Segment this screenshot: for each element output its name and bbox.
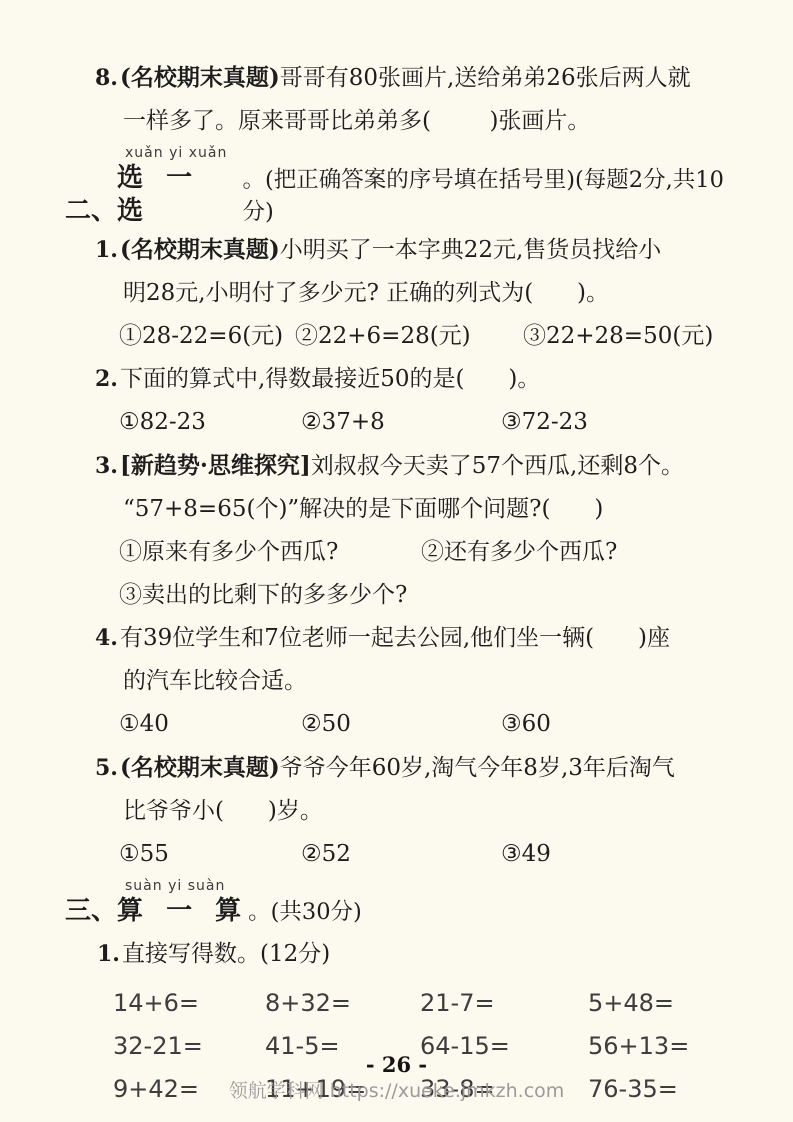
question-tag: (名校期末真题)	[120, 64, 280, 91]
option-1: ①28-22=6(元)	[119, 315, 295, 358]
question-text: 刘叔叔今天卖了57个西瓜,还剩8个。	[311, 453, 684, 479]
option-1: ①55	[119, 833, 301, 876]
question-8-line-1: 8.(名校期末真题)哥哥有80张画片,送给弟弟26张后两人就	[95, 56, 733, 100]
question-tag: (名校期末真题)	[120, 236, 280, 263]
section-pinyin: suàn yi suàn	[117, 878, 248, 895]
option-2: ②还有多少个西瓜?	[421, 531, 617, 574]
question-number: 1.	[95, 237, 118, 263]
option-2: ②22+6=28(元)	[295, 315, 523, 358]
section-prefix: 三、	[65, 894, 117, 928]
question-number: 4.	[95, 625, 118, 651]
question-text: 小明买了一本字典22元,售货员找给小	[280, 237, 662, 263]
question-4-options: ①40 ②50 ③60	[119, 703, 733, 746]
calc-expression: 8+32=	[265, 982, 420, 1025]
question-1-line-1: 1.(名校期末真题)小明买了一本字典22元,售货员找给小	[95, 228, 733, 272]
section-title-wrap: xuǎn yi xuǎn 选 一 选	[117, 145, 242, 228]
question-5-options: ①55 ②52 ③49	[119, 833, 733, 876]
question-number: 2.	[95, 366, 118, 392]
option-2: ②50	[301, 703, 501, 746]
footer-watermark: 领航学科网 https://xueke.jmkzh.com	[0, 1078, 793, 1104]
option-2: ②52	[301, 833, 501, 876]
section-choose-header: 二、 xuǎn yi xuǎn 选 一 选 。(把正确答案的序号填在括号里)(每…	[65, 145, 733, 228]
question-2-options: ①82-23 ②37+8 ③72-23	[119, 401, 733, 444]
question-tag: (名校期末真题)	[120, 754, 280, 781]
page-footer: - 26 - 领航学科网 https://xueke.jmkzh.com	[0, 1052, 793, 1104]
section-title-wrap: suàn yi suàn 算 一 算	[117, 878, 248, 928]
section-pinyin: xuǎn yi xuǎn	[117, 145, 242, 162]
question-4: 4.有39位学生和7位老师一起去公园,他们坐一辆( )座 的汽车比较合适。 ①4…	[95, 617, 733, 746]
question-1: 1.(名校期末真题)小明买了一本字典22元,售货员找给小 明28元,小明付了多少…	[95, 228, 733, 358]
question-2: 2.下面的算式中,得数最接近50的是( )。 ①82-23 ②37+8 ③72-…	[95, 358, 733, 444]
question-text: 哥哥有80张画片,送给弟弟26张后两人就	[280, 65, 691, 91]
option-1: ①82-23	[119, 401, 301, 444]
question-text: 比爷爷小( )岁。	[123, 798, 323, 824]
question-1-options: ①28-22=6(元) ②22+6=28(元) ③22+28=50(元)	[119, 315, 733, 358]
question-3: 3.[新趋势·思维探究]刘叔叔今天卖了57个西瓜,还剩8个。 “57+8=65(…	[95, 444, 733, 617]
question-5-line-2: 比爷爷小( )岁。	[123, 790, 733, 833]
section-prefix: 二、	[65, 194, 117, 228]
question-text: 一样多了。原来哥哥比弟弟多( )张画片。	[123, 108, 590, 134]
question-number: 5.	[95, 755, 118, 781]
question-2-line-1: 2.下面的算式中,得数最接近50的是( )。	[95, 358, 733, 401]
option-1: ①原来有多少个西瓜?	[119, 531, 421, 574]
sub-question-number: 1.	[97, 941, 120, 967]
question-3-option-3-row: ③卖出的比剩下的多多少个?	[119, 574, 733, 617]
question-text: 有39位学生和7位老师一起去公园,他们坐一辆( )座	[120, 625, 670, 651]
question-4-line-2: 的汽车比较合适。	[123, 660, 733, 703]
footer-page-number: - 26 -	[0, 1052, 793, 1078]
question-tag: [新趋势·思维探究]	[120, 452, 311, 479]
section-instructions: 。(共30分)	[248, 896, 362, 928]
question-text: “57+8=65(个)”解决的是下面哪个问题?( )	[123, 496, 603, 522]
option-1: ①40	[119, 703, 301, 746]
calc-expression: 5+48=	[588, 982, 733, 1025]
option-3: ③49	[501, 833, 551, 876]
question-3-line-2: “57+8=65(个)”解决的是下面哪个问题?( )	[123, 488, 733, 531]
option-3: ③22+28=50(元)	[523, 315, 713, 358]
question-text: 爷爷今年60岁,淘气今年8岁,3年后淘气	[280, 755, 675, 781]
option-3: ③72-23	[501, 401, 588, 444]
section-calc-header: 三、 suàn yi suàn 算 一 算 。(共30分)	[65, 878, 733, 928]
question-5: 5.(名校期末真题)爷爷今年60岁,淘气今年8岁,3年后淘气 比爷爷小( )岁。…	[95, 746, 733, 876]
calc-expression: 14+6=	[113, 982, 265, 1025]
question-text: 明28元,小明付了多少元? 正确的列式为( )。	[123, 280, 609, 306]
question-8: 8.(名校期末真题)哥哥有80张画片,送给弟弟26张后两人就 一样多了。原来哥哥…	[95, 56, 733, 143]
question-text: 的汽车比较合适。	[123, 668, 307, 694]
sub-question-text: 直接写得数。(12分)	[122, 941, 330, 967]
option-2: ②37+8	[301, 401, 501, 444]
worksheet-page: 8.(名校期末真题)哥哥有80张画片,送给弟弟26张后两人就 一样多了。原来哥哥…	[0, 0, 793, 1122]
question-4-line-1: 4.有39位学生和7位老师一起去公园,他们坐一辆( )座	[95, 617, 733, 660]
question-number: 8.	[95, 65, 118, 91]
section-instructions: 。(把正确答案的序号填在括号里)(每题2分,共10分)	[242, 164, 733, 228]
question-number: 3.	[95, 453, 118, 479]
question-3-options-row: ①原来有多少个西瓜? ②还有多少个西瓜?	[119, 531, 733, 574]
question-5-line-1: 5.(名校期末真题)爷爷今年60岁,淘气今年8岁,3年后淘气	[95, 746, 733, 790]
option-3: ③卖出的比剩下的多多少个?	[119, 574, 407, 617]
question-text: 下面的算式中,得数最接近50的是( )。	[120, 366, 540, 392]
question-3-line-1: 3.[新趋势·思维探究]刘叔叔今天卖了57个西瓜,还剩8个。	[95, 444, 733, 488]
question-1-line-2: 明28元,小明付了多少元? 正确的列式为( )。	[123, 272, 733, 315]
section-title: 选 一 选	[117, 162, 242, 228]
option-3: ③60	[501, 703, 551, 746]
section-title: 算 一 算	[117, 895, 248, 928]
question-8-line-2: 一样多了。原来哥哥比弟弟多( )张画片。	[123, 100, 733, 143]
calc-expression: 21-7=	[420, 982, 588, 1025]
calc-subtitle: 1.直接写得数。(12分)	[97, 933, 733, 976]
